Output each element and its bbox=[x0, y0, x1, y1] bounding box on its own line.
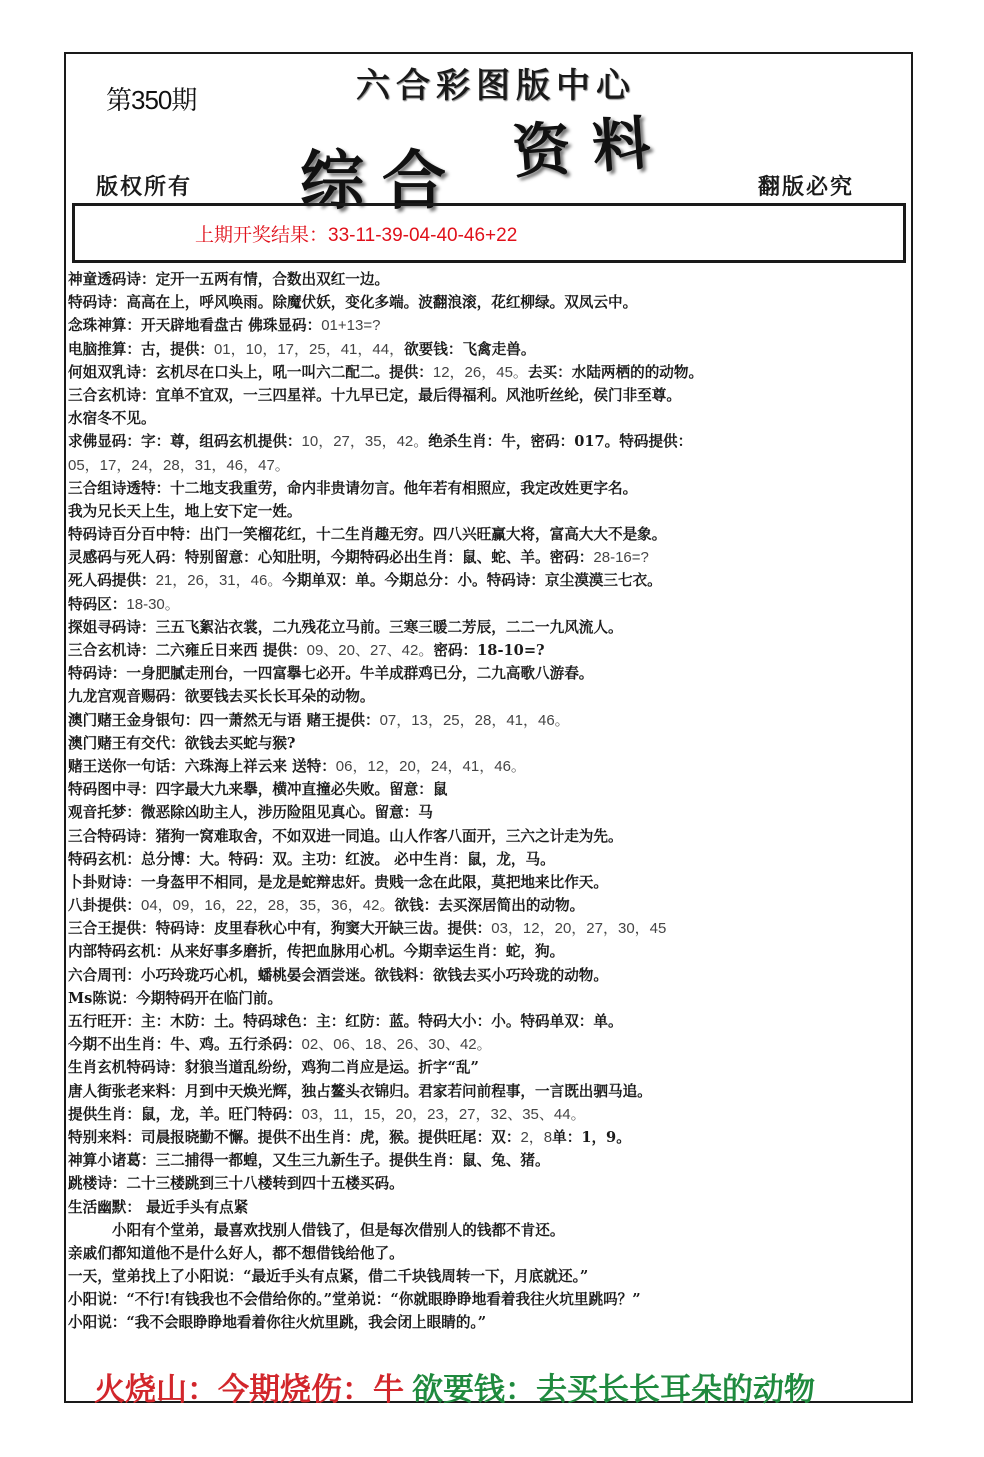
line-text: 猪狗一窝难取舍，不如双进一同追。山人作客八面开，三六之计走为先。 bbox=[156, 828, 623, 845]
line-text: 从来好事多磨折，传把血脉用心机。今期幸运生肖：蛇，狗。 bbox=[170, 943, 564, 960]
content-line: 特别来料：司晨报晓勤不懈。提供不出生肖：虎，猴。提供旺尾：双：2，8单：1，9。 bbox=[68, 1126, 913, 1149]
line-text: 出门一笑榴花红，十二生肖趣无穷。四八兴旺赢大将，富高大大不是象。 bbox=[199, 526, 666, 543]
last-result: 上期开奖结果：33-11-39-04-40-46+22 bbox=[195, 220, 517, 247]
line-numbers: 09、20、27、42。 bbox=[307, 642, 434, 659]
line-label: 六合周刊： bbox=[68, 967, 141, 984]
line-text: 三五飞絮沾衣裳，二九残花立马前。三寒三暖二芳辰，二二一九风流人。 bbox=[156, 619, 623, 636]
content-line: 小阳说：“我不会眼睁睁地看着你往火炕里跳，我会闭上眼睛的。” bbox=[68, 1311, 913, 1334]
last-result-label: 上期开奖结果： bbox=[195, 225, 328, 246]
content-line: 内部特码玄机：从来好事多磨折，传把血脉用心机。今期幸运生肖：蛇，狗。 bbox=[68, 940, 913, 963]
content-line: 九龙宫观音赐码：欲要钱去买长长耳朵的动物。 bbox=[68, 685, 913, 708]
line-numbers: 02、06、18、26、30、42。 bbox=[302, 1036, 492, 1053]
content-line: 六合周刊：小巧玲珑巧心机，蟠桃晏会酒尝迷。欲钱料：欲钱去买小巧玲珑的动物。 bbox=[68, 964, 913, 987]
content-line: 水宿冬不见。 bbox=[68, 407, 913, 430]
content-line: 澳门赌王金身银句：四一萧然无与语 赌王提供：07，13，25，28，41，46。 bbox=[68, 709, 913, 732]
line-label: 灵感码与死人码： bbox=[68, 549, 185, 566]
content-line: 一天，堂弟找上了小阳说：“最近手头有点紧，借二千块钱周转一下，月底就还。” bbox=[68, 1265, 913, 1288]
content-line: 特码玄机：总分博：大。特码：双。主功：红波。 必中生肖：鼠，龙，马。 bbox=[68, 848, 913, 871]
line-label: 内部特码玄机： bbox=[68, 943, 170, 960]
content-line: 卜卦财诗：一身盔甲不相同，是龙是蛇辩忠奸。贵贱一念在此限，莫把地来比作天。 bbox=[68, 871, 913, 894]
line-text: 豺狼当道乱纷纷，鸡狗二肖应是运。折字“乱” bbox=[185, 1059, 479, 1076]
content-line: 澳门赌王有交代：欲钱去买蛇与猴? bbox=[68, 732, 913, 755]
content-line: Ms陈说：今期特码开在临门前。 bbox=[68, 987, 913, 1010]
line-label: 特码诗百分百中特： bbox=[68, 526, 199, 543]
line-text: 小阳说：“我不会眼睁睁地看着你往火炕里跳，我会闭上眼睛的。” bbox=[68, 1314, 486, 1331]
content-line: 亲戚们都知道他不是什么好人，都不想借钱给他了。 bbox=[68, 1242, 913, 1265]
line-numbers: 03，12，20，27，30，45 bbox=[491, 920, 666, 937]
line-label: 三合组诗透特： bbox=[68, 480, 170, 497]
line-label: 唐人街张老来料： bbox=[68, 1083, 185, 1100]
line-label: 提供生肖： bbox=[68, 1106, 141, 1123]
line-text: 小巧玲珑巧心机，蟠桃晏会酒尝迷。欲钱料：欲钱去买小巧玲珑的动物。 bbox=[141, 967, 608, 984]
line-label: 八卦提供： bbox=[68, 897, 141, 914]
line-numbers: 2，8 bbox=[520, 1129, 552, 1146]
line-text: 三二捕得一都蝗，又生三九新生子。提供生肖：鼠、兔、猪。 bbox=[156, 1152, 550, 1169]
line-label: 神算小诸葛： bbox=[68, 1152, 156, 1169]
line-text: 一身肥膩走刑台，一四富擧七必开。牛羊成群鸡已分，二九高歌八游春。 bbox=[126, 665, 593, 682]
line-label: 五行旺开： bbox=[68, 1013, 141, 1030]
line-text: 微恶除凶助主人，涉历险阻见真心。留意：马 bbox=[141, 804, 433, 821]
line-numbers: 21，26，31，46。 bbox=[156, 572, 283, 589]
content-line: 生肖玄机特码诗：豺狼当道乱纷纷，鸡狗二肖应是运。折字“乱” bbox=[68, 1056, 913, 1079]
content-line: 求佛显码：字：尊，组码玄机提供：10，27，35，42。绝杀生肖：牛，密码：01… bbox=[68, 430, 913, 453]
line-text: 特码诗：皮里春秋心中有，狗窦大开缺三齿。提供： bbox=[156, 920, 492, 937]
content-line: 小阳说：“不行!有钱我也不会借给你的。”堂弟说：“你就眼睁睁地看着我往火坑里跳吗… bbox=[68, 1288, 913, 1311]
line-text: 今期特码开在临门前。 bbox=[136, 990, 282, 1007]
line-label: 特别来料： bbox=[68, 1129, 141, 1146]
line-label: 生肖玄机特码诗： bbox=[68, 1059, 185, 1076]
line-text: 特别留意：心知肚明，今期特码必出生肖：鼠、蛇、羊。密码： bbox=[185, 549, 594, 566]
line-text: 二六雍丘日来西 提供： bbox=[156, 642, 307, 659]
line-text: 四字最大九来擧，横冲直撞必失败。留意：鼠 bbox=[156, 781, 448, 798]
content-lines: 神童透码诗：定开一五两有情，合数出双红一边。特码诗：高高在上，呼风唤雨。除魔伏妖… bbox=[68, 268, 913, 1335]
line-tail: 密码：18-10=? bbox=[433, 642, 544, 659]
content-line: 特码区：18-30。 bbox=[68, 593, 913, 616]
big-title-part2: 资料 bbox=[509, 95, 674, 190]
line-label: 特码区： bbox=[68, 596, 126, 613]
line-label: 今期不出生肖： bbox=[68, 1036, 170, 1053]
line-label: 三合玄机诗： bbox=[68, 387, 156, 404]
content-line: 三合玄机诗：二六雍丘日来西 提供：09、20、27、42。密码：18-10=? bbox=[68, 639, 913, 662]
line-label: 电脑推算： bbox=[68, 341, 141, 358]
line-text: 牛、鸡。五行杀码： bbox=[170, 1036, 301, 1053]
content-line: 小阳有个堂弟，最喜欢找别人借钱了，但是每次借别人的钱都不肯还。 bbox=[68, 1219, 913, 1242]
line-numbers: 01，10，17，25，41，44， bbox=[214, 341, 404, 358]
line-label: 三合王提供： bbox=[68, 920, 156, 937]
copyright-left: 版权所有 bbox=[96, 170, 192, 201]
line-text: 宜单不宜双，一三四星祥。十九早已定，最后得福利。风池听丝纶，侯门非至尊。 bbox=[156, 387, 681, 404]
content-line: 特码诗百分百中特：出门一笑榴花红，十二生肖趣无穷。四八兴旺赢大将，富高大大不是象… bbox=[68, 523, 913, 546]
line-text: 四一萧然无与语 赌王提供： bbox=[199, 712, 379, 729]
line-text: 月到中天焕光辉，独占鳌头衣锦归。君家若问前程事，一言既出驷马追。 bbox=[185, 1083, 652, 1100]
issue-number: 第350期 bbox=[106, 80, 196, 117]
line-text: 我为兄长天上生，地上安下定一姓。 bbox=[68, 503, 302, 520]
content-line: 灵感码与死人码：特别留意：心知肚明，今期特码必出生肖：鼠、蛇、羊。密码：28-1… bbox=[68, 546, 913, 569]
content-line: 跳楼诗：二十三楼跳到三十八楼转到四十五楼买码。 bbox=[68, 1172, 913, 1195]
content-line: 神童透码诗：定开一五两有情，合数出双红一边。 bbox=[68, 268, 913, 291]
line-label: 卜卦财诗： bbox=[68, 874, 141, 891]
content-line: 今期不出生肖：牛、鸡。五行杀码：02、06、18、26、30、42。 bbox=[68, 1033, 913, 1056]
content-line: 八卦提供：04，09，16，22，28，35，36，42。欲钱：去买深居简出的动… bbox=[68, 894, 913, 917]
line-numbers: 10，27，35，42。 bbox=[302, 433, 429, 450]
line-label: 特码诗： bbox=[68, 294, 126, 311]
line-text: 水宿冬不见。 bbox=[68, 410, 156, 427]
line-tail: 欲钱：去买深居简出的动物。 bbox=[394, 897, 584, 914]
content-line: 探姐寻码诗：三五飞絮沾衣裳，二九残花立马前。三寒三暖二芳辰，二二一九风流人。 bbox=[68, 616, 913, 639]
line-text: 一天，堂弟找上了小阳说：“最近手头有点紧，借二千块钱周转一下，月底就还。” bbox=[68, 1268, 588, 1285]
line-text: 欲钱去买蛇与猴? bbox=[185, 735, 296, 752]
line-text: 二十三楼跳到三十八楼转到四十五楼买码。 bbox=[126, 1175, 403, 1192]
content-line: 特码诗：高高在上，呼风唤雨。除魔伏妖，变化多端。波翻浪滚，花红柳绿。双凤云中。 bbox=[68, 291, 913, 314]
line-label: 神童透码诗： bbox=[68, 271, 156, 288]
content-line: 三合王提供：特码诗：皮里春秋心中有，狗窦大开缺三齿。提供：03，12，20，27… bbox=[68, 917, 913, 940]
line-label: 特码玄机： bbox=[68, 851, 141, 868]
line-text: 亲戚们都知道他不是什么好人，都不想借钱给他了。 bbox=[68, 1245, 404, 1262]
line-text: 十二地支我重劳，命内非贵请勿言。他年若有相照应，我定改姓更字名。 bbox=[170, 480, 637, 497]
line-text: 高高在上，呼风唤雨。除魔伏妖，变化多端。波翻浪滚，花红柳绿。双凤云中。 bbox=[126, 294, 637, 311]
line-label: 特码诗： bbox=[68, 665, 126, 682]
line-label: 九龙宫观音赐码： bbox=[68, 688, 185, 705]
line-tail: 欲要钱：飞禽走兽。 bbox=[404, 341, 535, 358]
line-label: 何姐双乳诗： bbox=[68, 364, 156, 381]
line-numbers: 05，17，24，28，31，46，47。 bbox=[68, 457, 290, 474]
content-line: 三合特码诗：猪狗一窝难取舍，不如双进一同追。山人作客八面开，三六之计走为先。 bbox=[68, 825, 913, 848]
content-line: 05，17，24，28，31，46，47。 bbox=[68, 454, 913, 477]
line-label: 观音托梦： bbox=[68, 804, 141, 821]
line-numbers: 28-16=? bbox=[593, 549, 648, 566]
line-label: 跳楼诗： bbox=[68, 1175, 126, 1192]
line-numbers: 04，09，16，22，28，35，36，42。 bbox=[141, 897, 394, 914]
line-text: 司晨报晓勤不懈。提供不出生肖：虎，猴。提供旺尾：双： bbox=[141, 1129, 520, 1146]
footer-red-text: 火烧山：今期烧伤：牛 bbox=[94, 1372, 404, 1407]
content-line: 三合组诗透特：十二地支我重劳，命内非贵请勿言。他年若有相照应，我定改姓更字名。 bbox=[68, 477, 913, 500]
content-line: 何姐双乳诗：玄机尽在口头上，吼一叫六二配二。提供：12，26，45。去买：水陆两… bbox=[68, 361, 913, 384]
content-line: 唐人街张老来料：月到中天焕光辉，独占鳌头衣锦归。君家若问前程事，一言既出驷马追。 bbox=[68, 1080, 913, 1103]
last-result-numbers: 33-11-39-04-40-46+22 bbox=[328, 225, 517, 246]
line-text: 主：木防：土。特码球色：主：红防：蓝。特码大小：小。特码单双：单。 bbox=[141, 1013, 623, 1030]
content-line: 生活幽默： 最近手头有点紧 bbox=[68, 1196, 913, 1219]
line-label: 求佛显码： bbox=[68, 433, 141, 450]
line-label: 死人码提供： bbox=[68, 572, 156, 589]
line-text: 古，提供： bbox=[141, 341, 214, 358]
content-line: 提供生肖：鼠，龙，羊。旺门特码：03，11，15，20，23，27，32、35、… bbox=[68, 1103, 913, 1126]
line-text: 定开一五两有情，合数出双红一边。 bbox=[156, 271, 390, 288]
content-line: 特码诗：一身肥膩走刑台，一四富擧七必开。牛羊成群鸡已分，二九高歌八游春。 bbox=[68, 662, 913, 685]
content-line: 观音托梦：微恶除凶助主人，涉历险阻见真心。留意：马 bbox=[68, 801, 913, 824]
line-numbers: 03，11，15，20，23，27，32、35、44。 bbox=[302, 1106, 586, 1123]
line-text: 鼠，龙，羊。旺门特码： bbox=[141, 1106, 302, 1123]
content-line: 三合玄机诗：宜单不宜双，一三四星祥。十九早已定，最后得福利。风池听丝纶，侯门非至… bbox=[68, 384, 913, 407]
line-tail: 今期单双：单。今期总分：小。特码诗：京尘漠漠三七衣。 bbox=[282, 572, 661, 589]
line-text: 小阳有个堂弟，最喜欢找别人借钱了，但是每次借别人的钱都不肯还。 bbox=[112, 1222, 564, 1239]
line-label: Ms陈说： bbox=[68, 990, 136, 1007]
line-text: 欲要钱去买长长耳朵的动物。 bbox=[185, 688, 375, 705]
content-line: 五行旺开：主：木防：土。特码球色：主：红防：蓝。特码大小：小。特码单双：单。 bbox=[68, 1010, 913, 1033]
line-text: 字：尊，组码玄机提供： bbox=[141, 433, 302, 450]
line-text: 开天辟地看盘古 佛珠显码： bbox=[141, 317, 321, 334]
content-line: 赌王送你一句话：六珠海上祥云来 送特：06，12，20，24，41，46。 bbox=[68, 755, 913, 778]
content-line: 我为兄长天上生，地上安下定一姓。 bbox=[68, 500, 913, 523]
line-text: 六珠海上祥云来 送特： bbox=[185, 758, 336, 775]
line-label: 生活幽默： bbox=[68, 1199, 141, 1216]
line-label: 三合玄机诗： bbox=[68, 642, 156, 659]
line-label: 念珠神算： bbox=[68, 317, 141, 334]
line-label: 探姐寻码诗： bbox=[68, 619, 156, 636]
line-text: 小阳说：“不行!有钱我也不会借给你的。”堂弟说：“你就眼睁睁地看着我往火坑里跳吗… bbox=[68, 1291, 641, 1308]
line-label: 三合特码诗： bbox=[68, 828, 156, 845]
content-line: 念珠神算：开天辟地看盘古 佛珠显码：01+13=? bbox=[68, 314, 913, 337]
line-label: 赌王送你一句话： bbox=[68, 758, 185, 775]
line-numbers: 18-30。 bbox=[126, 596, 179, 613]
content-line: 死人码提供：21，26，31，46。今期单双：单。今期总分：小。特码诗：京尘漠漠… bbox=[68, 569, 913, 592]
line-numbers: 07，13，25，28，41，46。 bbox=[380, 712, 570, 729]
line-text: 玄机尽在口头上，吼一叫六二配二。提供： bbox=[156, 364, 433, 381]
line-text: 一身盔甲不相同，是龙是蛇辩忠奸。贵贱一念在此限，莫把地来比作天。 bbox=[141, 874, 608, 891]
line-numbers: 06，12，20，24，41，46。 bbox=[336, 758, 526, 775]
line-numbers: 01+13=? bbox=[321, 317, 380, 334]
line-text: 总分博：大。特码：双。主功：红波。 必中生肖：鼠，龙，马。 bbox=[141, 851, 555, 868]
footer-banner: 火烧山：今期烧伤：牛欲要钱：去买长长耳朵的动物 bbox=[94, 1364, 815, 1409]
content-line: 特码图中寻：四字最大九来擧，横冲直撞必失败。留意：鼠 bbox=[68, 778, 913, 801]
line-label: 特码图中寻： bbox=[68, 781, 156, 798]
content-line: 神算小诸葛：三二捕得一都蝗，又生三九新生子。提供生肖：鼠、兔、猪。 bbox=[68, 1149, 913, 1172]
line-text: 最近手头有点紧 bbox=[141, 1199, 248, 1216]
line-label: 澳门赌王有交代： bbox=[68, 735, 185, 752]
line-numbers: 12，26，45。 bbox=[433, 364, 528, 381]
line-label: 澳门赌王金身银句： bbox=[68, 712, 199, 729]
line-tail: 去买：水陆两栖的的动物。 bbox=[528, 364, 703, 381]
content-line: 电脑推算：古，提供：01，10，17，25，41，44，欲要钱：飞禽走兽。 bbox=[68, 338, 913, 361]
copyright-right: 翻版必究 bbox=[758, 170, 854, 201]
line-tail: 单：1，9。 bbox=[552, 1129, 631, 1146]
last-result-box: 上期开奖结果：33-11-39-04-40-46+22 bbox=[72, 203, 906, 263]
line-tail: 绝杀生肖：牛，密码：017。特码提供： bbox=[428, 433, 692, 450]
footer-green-text: 欲要钱：去买长长耳朵的动物 bbox=[412, 1372, 815, 1407]
